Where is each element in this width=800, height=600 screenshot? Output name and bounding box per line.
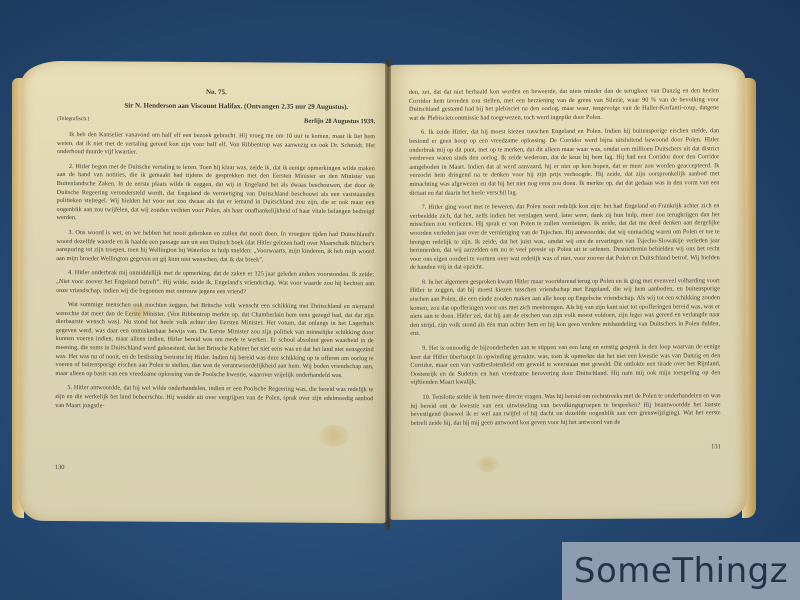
right-page-body: den, zei, dat dat niet herhaald kon word… bbox=[409, 87, 721, 428]
page-number-right: 131 bbox=[711, 443, 721, 450]
document-title: Sir N. Henderson aan Viscount Halifax. (… bbox=[97, 101, 375, 112]
paragraph: 8. In het algemeen gesproken kwam Hitler… bbox=[410, 277, 720, 339]
paragraph: 6. Ik zeide Hitler, dat hij moest kiezen… bbox=[409, 128, 719, 198]
dateline-row: (Telegrafisch.) Berlijn 28 Augustus 1939… bbox=[57, 116, 375, 125]
paragraph: 10. Tenslotte stelde ik hem twee directe… bbox=[411, 392, 721, 428]
left-page-body: Ik heb den Kanselier vanavond om half el… bbox=[55, 131, 375, 412]
paragraph: 2. Hitler begon met de Duitsche vertalin… bbox=[56, 163, 374, 225]
paper-stain bbox=[477, 456, 499, 472]
watermark-text: SomeThingz bbox=[574, 551, 788, 591]
paragraph: den, zei, dat dat niet herhaald kon word… bbox=[409, 87, 719, 123]
paper-stain bbox=[128, 303, 152, 319]
date-location: Berlijn 28 Augustus 1939. bbox=[304, 118, 375, 125]
paragraph: Ik heb den Kanselier vanavond om half el… bbox=[57, 131, 375, 159]
open-book-photo: No. 75. Sir N. Henderson aan Viscount Ha… bbox=[0, 0, 800, 600]
paragraph: Wat sommige menschen ook mochten zeggen,… bbox=[55, 301, 374, 381]
page-number-left: 130 bbox=[55, 464, 65, 471]
book-gutter bbox=[385, 60, 391, 530]
left-page: No. 75. Sir N. Henderson aan Viscount Ha… bbox=[18, 61, 389, 524]
document-number: No. 75. bbox=[57, 87, 375, 97]
watermark-banner: SomeThingz bbox=[562, 542, 800, 600]
paragraph: 4. Hitler onderbrak mij onmiddellijk met… bbox=[56, 269, 374, 297]
paragraph: 7. Hitler ging voort met te beweren, dat… bbox=[410, 202, 720, 272]
paragraph: 9. Het is onnoodig de bijzonderheden aan… bbox=[410, 343, 720, 388]
paragraph: 3. Ons woord is wet, en we hebben het no… bbox=[56, 229, 374, 266]
paragraph: 5. Hitler antwoordde, dat hij wel wilde … bbox=[55, 384, 373, 412]
paper-stain bbox=[319, 425, 349, 447]
right-page: den, zei, dat dat niet herhaald kon word… bbox=[387, 63, 747, 520]
telegram-label: (Telegrafisch.) bbox=[57, 116, 89, 123]
